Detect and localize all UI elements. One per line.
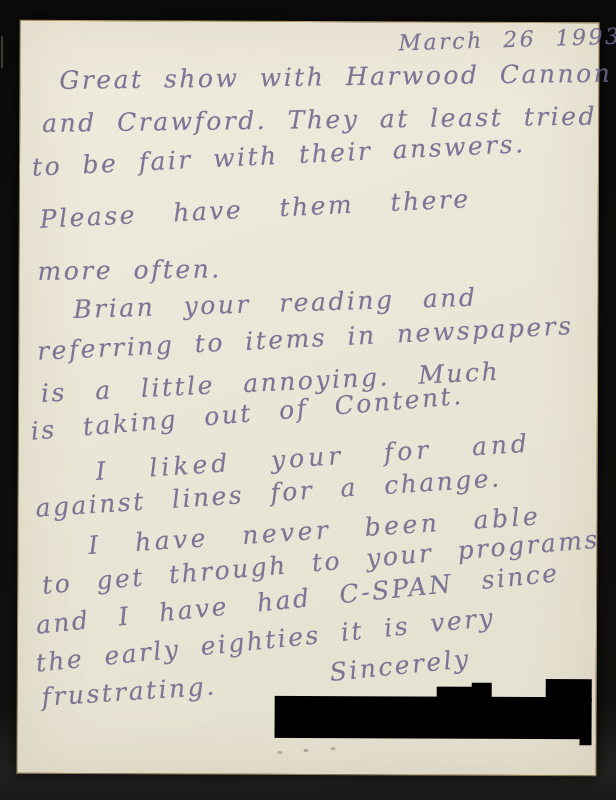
letter-date: March 26 1993	[398, 25, 616, 57]
ink-speck	[277, 751, 282, 754]
signature-redaction	[472, 683, 492, 701]
signature-redaction	[546, 679, 592, 701]
ink-speck	[303, 749, 308, 752]
signature-redaction	[275, 696, 592, 739]
ink-speck	[330, 747, 335, 750]
letter-line: Please have them there	[39, 184, 471, 234]
letter-closing: Sincerely	[328, 644, 472, 687]
letter-line: more often.	[37, 254, 222, 285]
letter-line: frustrating.	[41, 671, 218, 711]
film-scratch-mark	[1, 36, 3, 68]
letter-line: Great show with Harwood Cannon	[59, 59, 612, 95]
signature-redaction	[579, 737, 591, 745]
letter-page: March 26 1993 Great show with Harwood Ca…	[16, 20, 599, 777]
scanned-letter-view: March 26 1993 Great show with Harwood Ca…	[0, 0, 616, 800]
